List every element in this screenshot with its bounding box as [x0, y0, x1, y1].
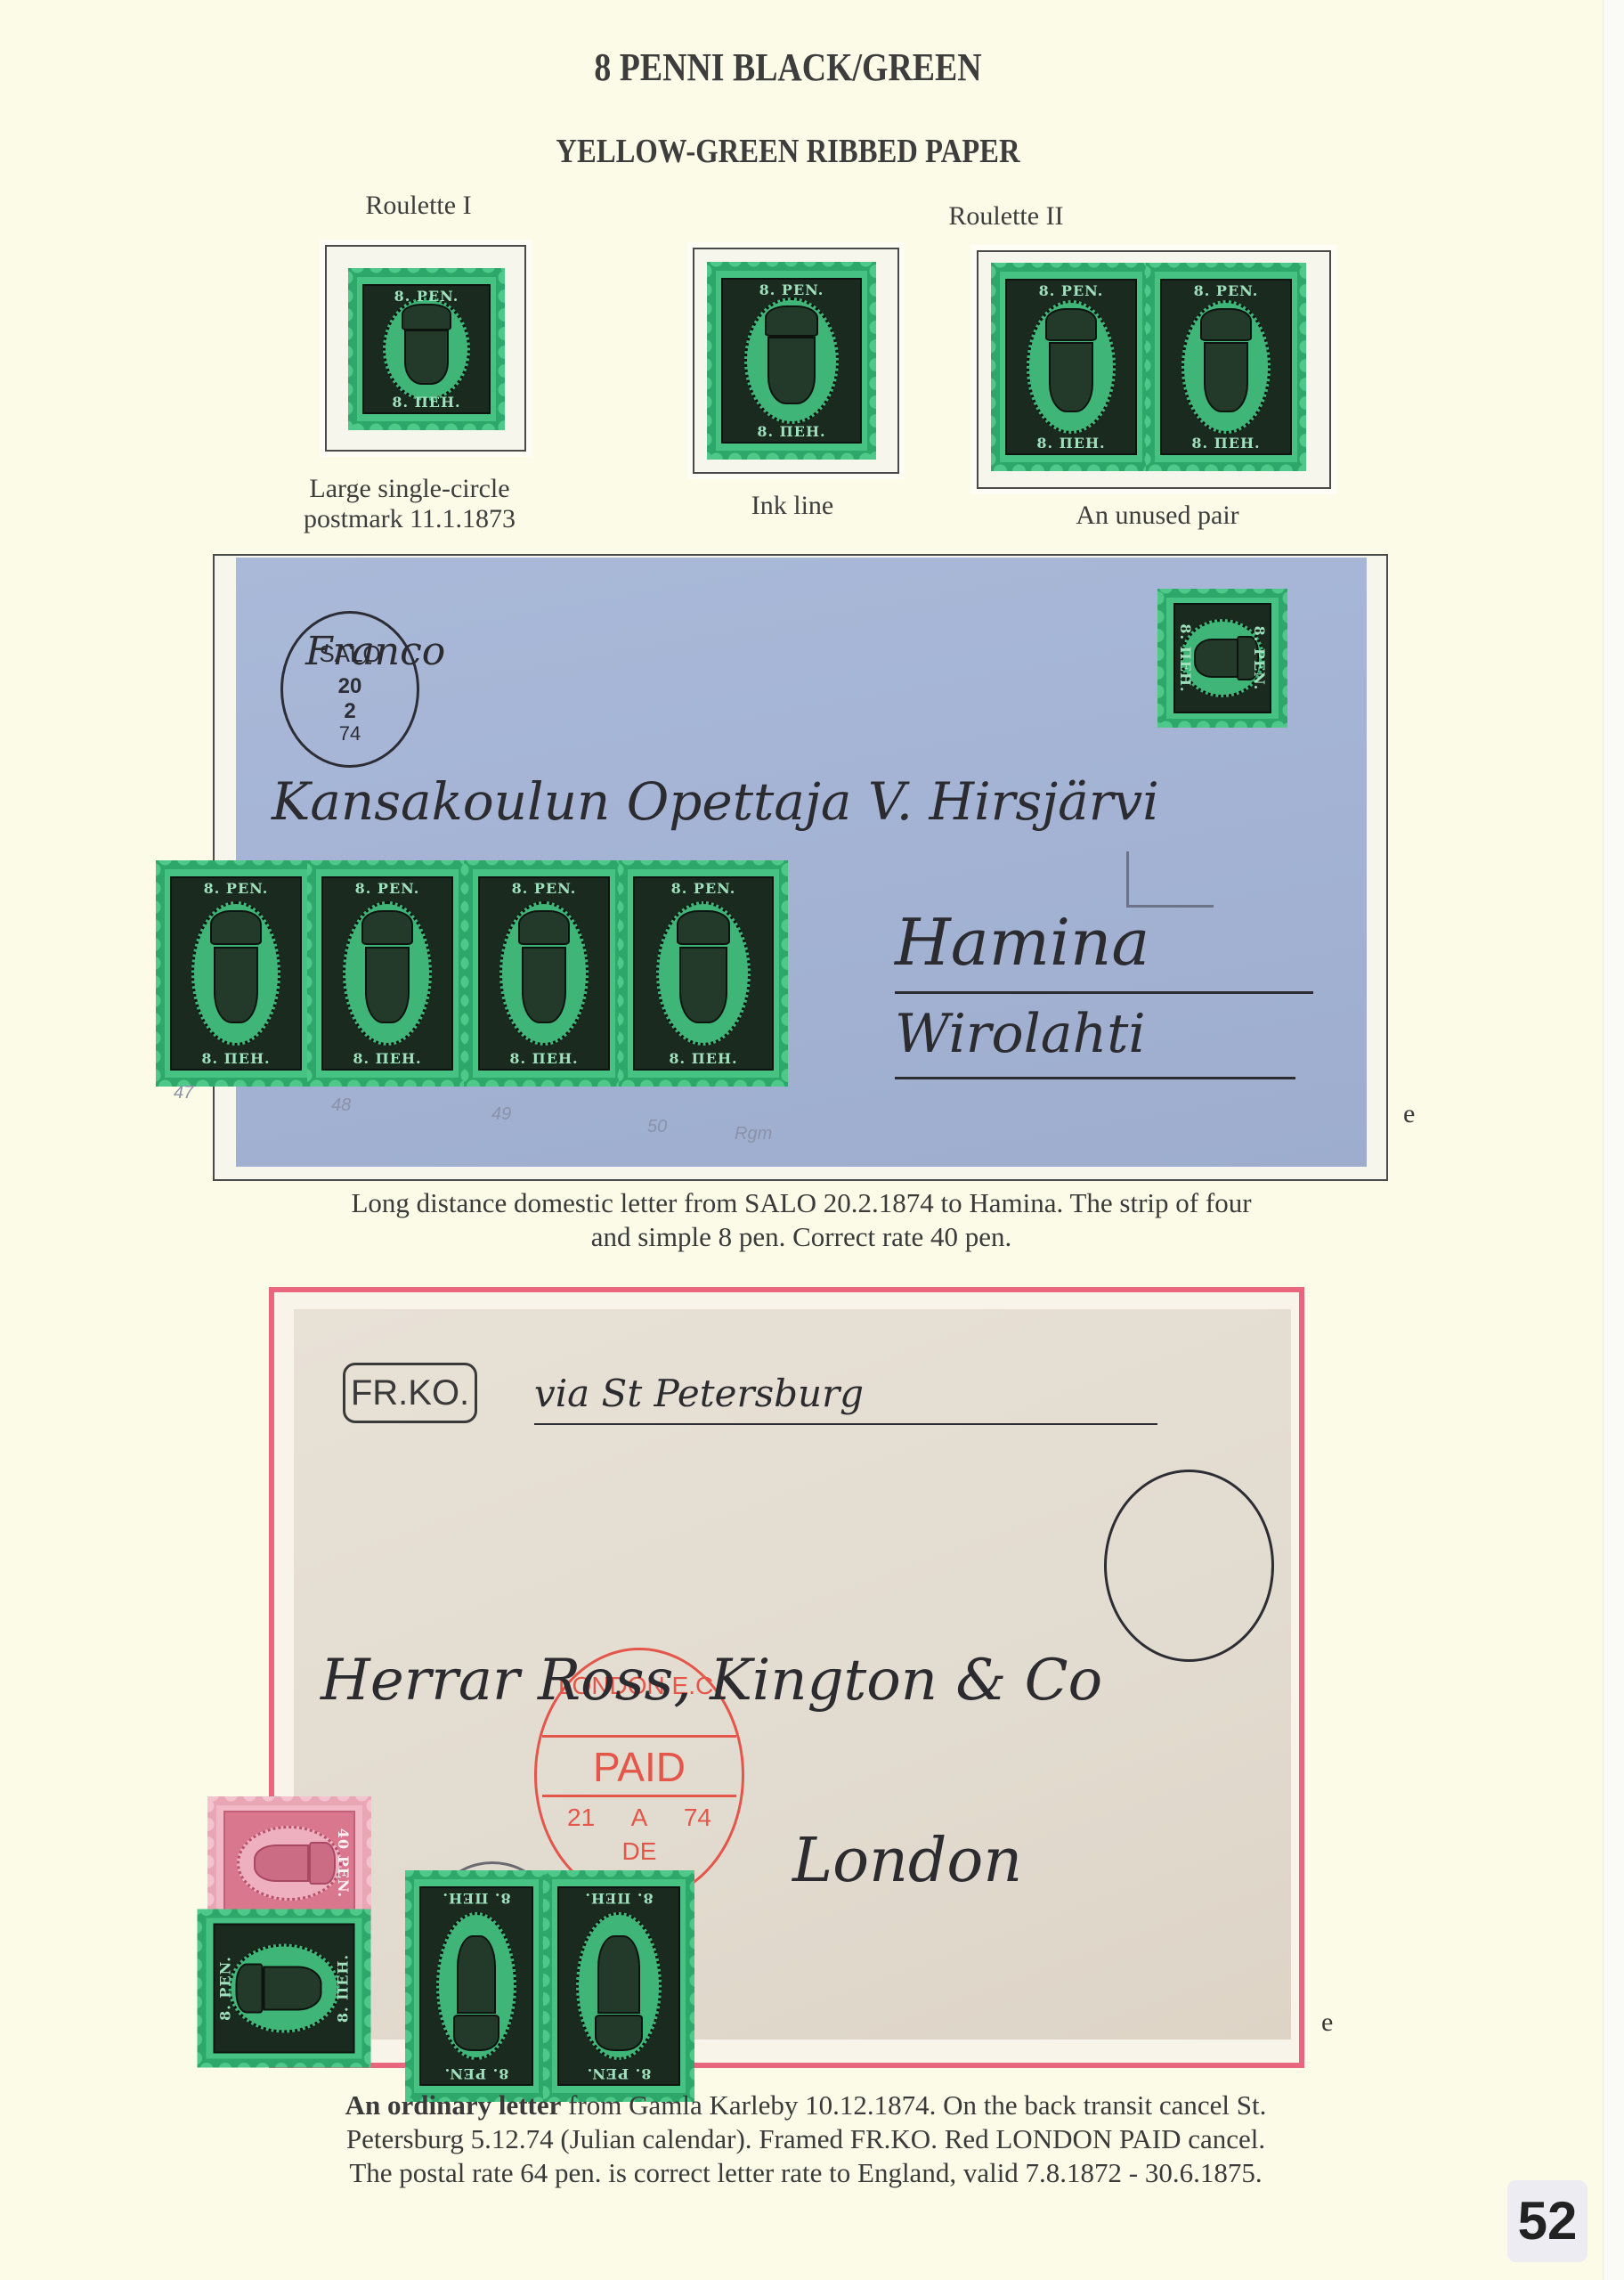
pencil-number-47: 47	[174, 1083, 193, 1103]
address-line-1: Kansakoulun Opettaja V. Hirsjärvi	[272, 771, 1159, 832]
route-note: via St Petersburg	[534, 1372, 864, 1415]
stamp-8-penni-pair-left[interactable]: 8. PEN. 8. ПЕН.	[991, 263, 1151, 471]
address-line-3: Wirolahti	[895, 1003, 1146, 1065]
pencil-note: Rgm	[735, 1124, 772, 1144]
stamp-8-penni-cover2-left[interactable]: 8. PEN. 8. ПЕН.	[198, 1909, 371, 2068]
stamp-mount-unused-pair: 8. PEN. 8. ПЕН. 8. PEN. 8. ПЕН.	[977, 250, 1331, 489]
address-line-1: Herrar Ross, Kington & Co	[321, 1648, 1102, 1714]
stamp-8-penni-cover2-middle[interactable]: 8. PEN. 8. ПЕН.	[405, 1870, 548, 2102]
pencil-number-50: 50	[647, 1117, 667, 1137]
page-subtitle: YELLOW-GREEN RIBBED PAPER	[110, 132, 1466, 171]
roulette-2-label: Roulette II	[890, 201, 1122, 232]
page-edge	[1603, 0, 1624, 2280]
stamp-8-penni-pair-right[interactable]: 8. PEN. 8. ПЕН.	[1146, 263, 1306, 471]
cover-2-envelope[interactable]: FR.KO. via St Petersburg LONDON E.C. PAI…	[294, 1309, 1291, 2040]
stamp-mount-roulette-1: 8. PEN. 8. ПЕН.	[325, 245, 526, 452]
cover-1-edition-code: e	[1403, 1099, 1415, 1129]
stamp-8-penni-ink-line[interactable]: 8. PEN. 8. ПЕН.	[707, 262, 876, 460]
roulette-1-label: Roulette I	[303, 191, 534, 221]
address-line-2: London	[792, 1826, 1022, 1896]
address-line-2: Hamina	[895, 905, 1149, 980]
stamp-8-penni-roulette-1[interactable]: 8. PEN. 8. ПЕН.	[348, 268, 505, 430]
pencil-number-48: 48	[331, 1095, 351, 1116]
cover-2-edition-code: e	[1321, 2007, 1333, 2038]
pencil-number-49: 49	[491, 1104, 511, 1125]
stamp-strip-4[interactable]: 8. PEN. 8. ПЕН.	[619, 860, 788, 1087]
boxed-arrival-mark	[1126, 851, 1214, 908]
stamp-strip-3[interactable]: 8. PEN. 8. ПЕН.	[464, 860, 624, 1087]
caption-roulette-1: Large single-circle postmark 11.1.1873	[276, 474, 543, 534]
caption-ink-line: Ink line	[694, 491, 890, 521]
manuscript-franco: Franco	[305, 629, 445, 674]
cover-2-caption: An ordinary letter from Gamla Karleby 10…	[240, 2089, 1371, 2190]
page-title: 8 PENNI BLACK/GREEN	[110, 45, 1466, 90]
stamp-mount-ink-line: 8. PEN. 8. ПЕН.	[693, 248, 899, 474]
frko-framed-mark: FR.KO.	[343, 1363, 477, 1423]
stamp-strip-2[interactable]: 8. PEN. 8. ПЕН.	[307, 860, 467, 1087]
stamp-8-penni-single-on-cover[interactable]: 8. PEN. 8. ПЕН.	[1157, 589, 1287, 728]
cover-1-envelope[interactable]: SALO 20 2 74 Franco Kansakoulun Opettaja…	[236, 558, 1367, 1167]
cover-1-caption: Long distance domestic letter from SALO …	[214, 1186, 1389, 1254]
stamp-strip-1[interactable]: 8. PEN. 8. ПЕН.	[156, 860, 316, 1087]
caption-unused-pair: An unused pair	[1024, 501, 1291, 531]
page-number-badge: 52	[1507, 2180, 1587, 2262]
stamp-8-penni-cover2-right[interactable]: 8. PEN. 8. ПЕН.	[543, 1870, 694, 2102]
gamla-karleby-postmark	[1104, 1470, 1274, 1662]
